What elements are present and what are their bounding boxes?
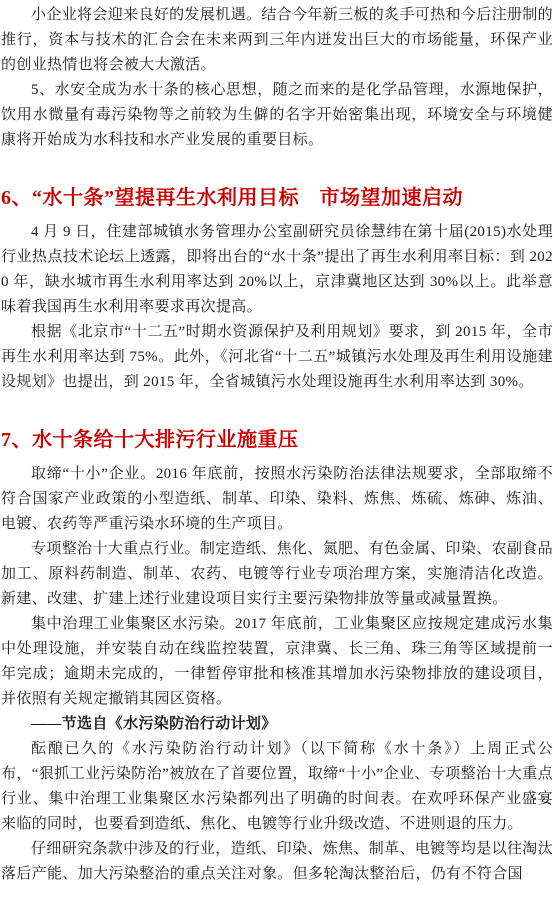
paragraph-water-safety: 5、水安全成为水十条的核心思想，随之而来的是化学品管理，水源地保护，饮用水微量有…: [1, 78, 553, 153]
paragraph-action-plan-published: 酝酿已久的《水污染防治行动计划》（以下简称《水十条》）上周正式公布，“狠抓工业污…: [1, 737, 553, 837]
document-page: 小企业将会迎来良好的发展机遇。结合今年新三板的炙手可热和今后注册制的推行，资本与…: [0, 0, 554, 912]
paragraph-ban-ten-small: 取缔“十小”企业。2016 年底前，按照水污染防治法律法规要求，全部取缔不符合国…: [1, 462, 553, 537]
paragraph-small-enterprises: 小企业将会迎来良好的发展机遇。结合今年新三板的炙手可热和今后注册制的推行，资本与…: [1, 3, 553, 78]
paragraph-special-rectification: 专项整治十大重点行业。制定造纸、焦化、氮肥、有色金属、印染、农副食品加工、原料药…: [1, 537, 553, 612]
section-heading-6: 6、“水十条”望提再生水利用目标 市场望加速启动: [1, 185, 553, 212]
paragraph-industry-analysis: 仔细研究条款中涉及的行业，造纸、印染、炼焦、制革、电镀等均是以往淘汰落后产能、加…: [1, 837, 553, 887]
section-heading-7: 7、水十条给十大排污行业施重压: [1, 427, 553, 454]
paragraph-april-9: 4 月 9 日，住建部城镇水务管理办公室副研究员徐慧纬在第十届(2015)水处理…: [1, 220, 553, 320]
paragraph-beijing-plan: 根据《北京市“十二五”时期水资源保护及利用规划》要求，到 2015 年，全市再生…: [1, 320, 553, 395]
excerpt-attribution: ——节选自《水污染防治行动计划》: [1, 712, 553, 737]
paragraph-industrial-cluster: 集中治理工业集聚区水污染。2017 年底前，工业集聚区应按规定建成污水集中处理设…: [1, 612, 553, 712]
